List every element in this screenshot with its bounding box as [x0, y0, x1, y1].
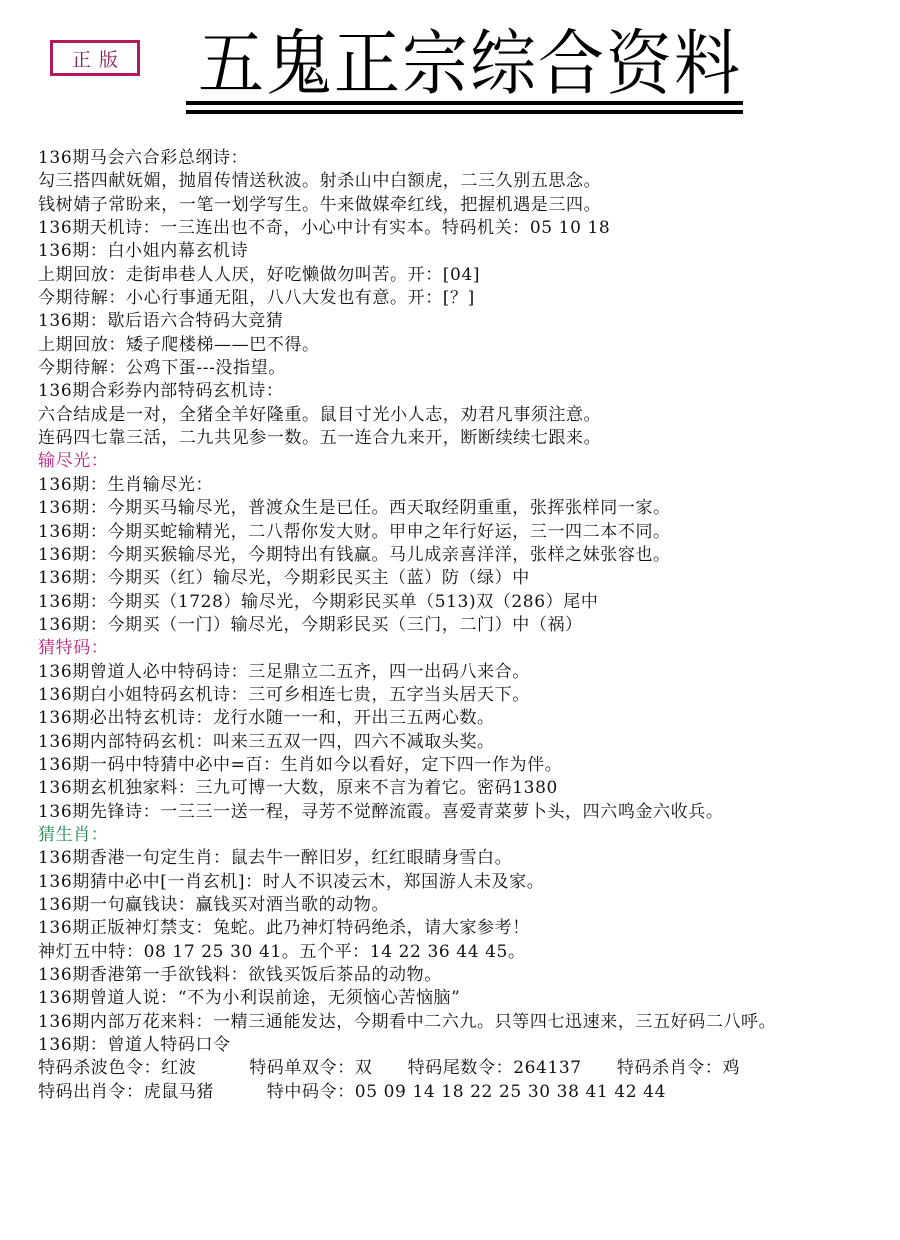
- document-body: 136期马会六合彩总纲诗： 勾三搭四献妩媚，抛眉传情送秋波。射杀山中白额虎，二三…: [38, 147, 888, 1104]
- text-line: 136期正版神灯禁支：兔蛇。此乃神灯特码绝杀，请大家参考！: [38, 917, 888, 940]
- text-line: 136期猜中必中[一肖玄机]：时人不识凌云木，郑国游人未及家。: [38, 871, 888, 894]
- text-line: 今期待解：公鸡下蛋---没指望。: [38, 357, 888, 380]
- section-heading-lose-all: 输尽光：: [38, 450, 888, 473]
- text-line: 136期曾道人说：“不为小利误前途，无须恼心苦恼脑”: [38, 987, 888, 1010]
- text-line: 136期香港一句定生肖：鼠去牛一醉旧岁，红红眼睛身雪白。: [38, 847, 888, 870]
- text-line: 上期回放：走街串巷人人厌，好吃懒做勿叫苦。开：[04]: [38, 264, 888, 287]
- text-line: 136期：今期买猴输尽光，今期特出有钱赢。马儿成亲喜洋洋，张样之妹张容也。: [38, 544, 888, 567]
- text-line: 136期合彩券内部特码玄机诗：: [38, 380, 888, 403]
- text-line: 136期先锋诗：一三三一送一程，寻芳不觉醉流霞。喜爱青菜萝卜头，四六鸣金六收兵。: [38, 801, 888, 824]
- text-line: 136期玄机独家料：三九可博一大数，原来不言为着它。密码1380: [38, 777, 888, 800]
- text-line: 136期：生肖输尽光：: [38, 474, 888, 497]
- section-heading-guess-zodiac: 猜生肖：: [38, 824, 888, 847]
- text-line: 136期：白小姐内幕玄机诗: [38, 240, 888, 263]
- text-line: 136期：曾道人特码口令: [38, 1034, 888, 1057]
- text-line: 今期待解：小心行事通无阻，八八大发也有意。开：[？]: [38, 287, 888, 310]
- text-line: 136期白小姐特码玄机诗：三可乡相连七贵，五字当头居天下。: [38, 684, 888, 707]
- text-line: 连码四七靠三活，二九共见参一数。五一连合九来开，断断续续七跟来。: [38, 427, 888, 450]
- text-line: 136期内部万花来料：一精三通能发达，今期看中二六九。只等四七迅速来，三五好码二…: [38, 1011, 888, 1034]
- text-line: 136期：歇后语六合特码大竞猜: [38, 310, 888, 333]
- text-line: 神灯五中特：08 17 25 30 41。五个平：14 22 36 44 45。: [38, 941, 888, 964]
- authentic-badge: 正版: [50, 40, 140, 76]
- title-underline-top: [186, 101, 743, 105]
- text-line: 136期一句赢钱诀：赢钱买对酒当歌的动物。: [38, 894, 888, 917]
- text-line: 136期：今期买（一门）输尽光，今期彩民买（三门，二门）中（祸）: [38, 614, 888, 637]
- text-line: 136期香港第一手欲钱料：欲钱买饭后茶品的动物。: [38, 964, 888, 987]
- section-heading-guess-special: 猜特码：: [38, 637, 888, 660]
- text-line: 136期：今期买蛇输精光，二八帮你发大财。甲申之年行好运，三一四二本不同。: [38, 521, 888, 544]
- text-line: 136期一码中特猜中必中=百：生肖如今以看好，定下四一作为伴。: [38, 754, 888, 777]
- text-line: 136期必出特玄机诗：龙行水随一一和，开出三五两心数。: [38, 707, 888, 730]
- text-line: 136期内部特码玄机：叫来三五双一四，四六不减取头奖。: [38, 731, 888, 754]
- text-line: 特码杀波色令：红波 特码单双令：双 特码尾数令：264137 特码杀肖令：鸡: [38, 1057, 888, 1080]
- text-line: 136期：今期买（红）输尽光，今期彩民买主（蓝）防（绿）中: [38, 567, 888, 590]
- text-line: 136期：今期买马输尽光，普渡众生是已任。西天取经阴重重，张挥张样同一家。: [38, 497, 888, 520]
- text-line: 六合结成是一对，全猪全羊好隆重。鼠目寸光小人志，劝君凡事须注意。: [38, 404, 888, 427]
- text-line: 136期：今期买（1728）输尽光，今期彩民买单（513)双（286）尾中: [38, 591, 888, 614]
- page-title: 五鬼正宗综合资料: [190, 22, 750, 106]
- text-line: 136期曾道人必中特码诗：三足鼎立二五齐，四一出码八来合。: [38, 661, 888, 684]
- title-underline-bottom: [186, 110, 743, 114]
- text-line: 136期马会六合彩总纲诗：: [38, 147, 888, 170]
- text-line: 上期回放：矮子爬楼梯——巴不得。: [38, 334, 888, 357]
- text-line: 136期天机诗：一三连出也不奇，小心中计有实本。特码机关：05 10 18: [38, 217, 888, 240]
- text-line: 特码出肖令：虎鼠马猪 特中码令：05 09 14 18 22 25 30 38 …: [38, 1081, 888, 1104]
- text-line: 勾三搭四献妩媚，抛眉传情送秋波。射杀山中白额虎，二三久别五思念。: [38, 170, 888, 193]
- text-line: 钱树婧子常盼来，一笔一划学写生。牛来做媒牵红线，把握机遇是三四。: [38, 194, 888, 217]
